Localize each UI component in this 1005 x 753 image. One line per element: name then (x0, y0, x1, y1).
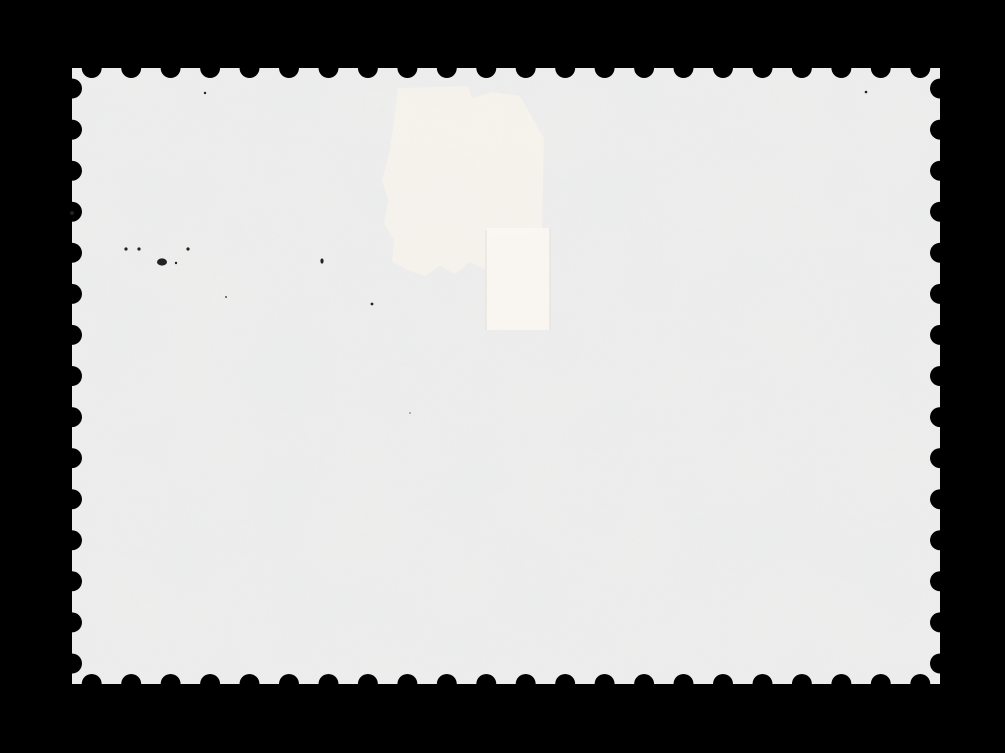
stamp (60, 55, 955, 695)
stamp-photo (0, 0, 1005, 753)
hinge-strip (486, 228, 550, 330)
